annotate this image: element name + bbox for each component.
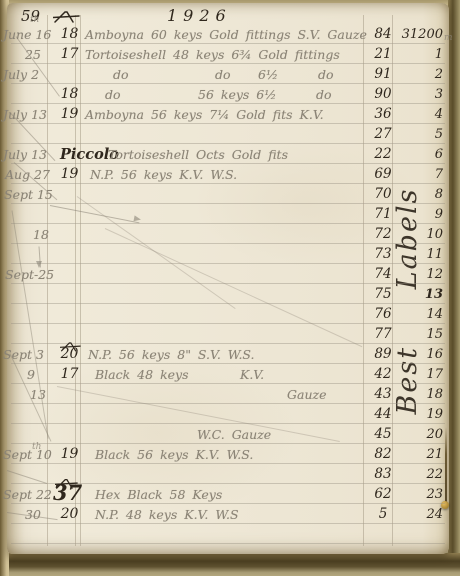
description-cell: W.C. Gauze [197, 426, 271, 443]
size-cell: 19 [56, 166, 83, 183]
ledger-row: June 1618Amboyna 60 keys Gold fittings S… [7, 26, 449, 43]
date-cell: 9 [27, 366, 35, 383]
ruled-line [11, 443, 445, 444]
serial-cell: 23 [401, 486, 449, 503]
units-cell: 90 [368, 86, 398, 103]
description-cell: N.P. 48 keys K.V. W.S [95, 506, 239, 523]
description-cell: do [316, 86, 332, 103]
units-cell: 42 [368, 366, 398, 383]
date-cell: Sept 10 [3, 446, 52, 463]
ledger-row: 187210 [7, 226, 449, 243]
serial-cell: 12 [401, 266, 449, 283]
date-cell: July 13 [3, 106, 47, 123]
units-cell: 69 [368, 166, 398, 183]
ledger-row: 7311 [7, 246, 449, 263]
units-cell: 43 [368, 386, 398, 403]
serial-cell: 16 [401, 346, 449, 363]
date-cell: June 16 [3, 26, 51, 43]
ruled-line [11, 123, 445, 124]
units-cell: 82 [368, 446, 398, 463]
ruled-line [11, 423, 445, 424]
ledger-row: 275 [7, 126, 449, 143]
ruled-line [11, 183, 445, 184]
units-cell: 83 [368, 466, 398, 483]
star-mark [53, 8, 80, 27]
units-cell: 27 [368, 126, 398, 143]
serial-cell: 14 [401, 306, 449, 323]
ruled-line [11, 143, 445, 144]
units-cell: 22 [368, 146, 398, 163]
ledger-photo: { "page": {"number": "59", "year": "1926… [0, 0, 460, 576]
ledger-row: Sept 15708 [7, 186, 449, 203]
units-cell: 21 [368, 46, 398, 63]
ledger-row: 917Black 48 keysK.V.4217 [7, 366, 449, 383]
date-cell: Sept-25 [5, 266, 54, 283]
description-cell: do [105, 86, 121, 103]
serial-cell: 8 [401, 186, 449, 203]
units-cell: 74 [368, 266, 398, 283]
description-cell: Gauze [287, 386, 326, 403]
description-cell: Amboyna 60 keys Gold fittings S.V. Gauze [85, 26, 367, 43]
serial-cell: 22 [401, 466, 449, 483]
ruled-line [11, 103, 445, 104]
pencil-note: th [32, 442, 41, 452]
ledger-row: 3020N.P. 48 keys K.V. W.S524 [7, 506, 449, 523]
description-cell: do [215, 66, 231, 83]
ruled-line [11, 363, 445, 364]
serial-cell: 21 [401, 446, 449, 463]
star-mark [55, 475, 78, 494]
date-cell: Sept 22 [3, 486, 52, 503]
year-heading: 1926 [167, 6, 232, 25]
description-cell: N.P. 56 keys K.V. W.S. [90, 166, 237, 183]
units-cell: 45 [368, 426, 398, 443]
ledger-row: Sept-257412 [7, 266, 449, 283]
units-cell: 36 [368, 106, 398, 123]
description-cell: Tortoiseshell 48 keys 6¾ Gold fittings [85, 46, 340, 63]
ledger-row: W.C. Gauze4520 [7, 426, 449, 443]
serial-cell: 4 [401, 106, 449, 123]
serial-cell: 13 [401, 286, 449, 303]
ruled-line [11, 263, 445, 264]
ruled-line [11, 523, 445, 524]
serial-cell: 11 [401, 246, 449, 263]
size-cell: 18 [56, 86, 83, 103]
pencil-stroke [12, 210, 49, 438]
serial-cell: 5 [401, 126, 449, 143]
size-cell: 17 [56, 366, 83, 383]
units-cell: 84 [368, 26, 398, 43]
description-cell: Black 56 keys K.V. W.S. [95, 446, 253, 463]
ruled-line [11, 203, 445, 204]
ledger-row: Aug 2719N.P. 56 keys K.V. W.S.697 [7, 166, 449, 183]
units-cell: 71 [368, 206, 398, 223]
units-cell: 44 [368, 406, 398, 423]
ledger-row: 18do56 keys 6½do903 [7, 86, 449, 103]
book-cover-bottom-edge [0, 553, 460, 576]
date-cell: 18 [33, 226, 49, 243]
ruled-line [11, 163, 445, 164]
units-cell: 5 [368, 506, 398, 523]
ruled-line [11, 543, 445, 544]
ledger-row: July 2dodo6½do912 [7, 66, 449, 83]
ruled-line [11, 463, 445, 464]
ruled-line [11, 403, 445, 404]
serial-cell: 31200 [401, 26, 449, 43]
pencil-note: m [444, 33, 453, 43]
date-cell: July 2 [3, 66, 39, 83]
ledger-row: July 1319Amboyna 56 keys 7¼ Gold fits K.… [7, 106, 449, 123]
description-cell: Hex Black 58 Keys [95, 486, 222, 503]
ruled-line [11, 383, 445, 384]
pencil-note: th [30, 15, 39, 25]
units-cell: 91 [368, 66, 398, 83]
units-cell: 72 [368, 226, 398, 243]
serial-cell: 9 [401, 206, 449, 223]
serial-cell: 17 [401, 366, 449, 383]
units-cell: 76 [368, 306, 398, 323]
serial-cell: 10 [401, 226, 449, 243]
ledger-page: 59 1926 Best Labels June 1618Amboyna 60 … [7, 3, 449, 554]
description-cell: Tortoiseshell Octs Gold fits [108, 146, 288, 163]
serial-cell: 24 [401, 506, 449, 523]
serial-cell: 20 [401, 426, 449, 443]
serial-cell: 6 [401, 146, 449, 163]
size-cell: 19 [56, 106, 83, 123]
description-cell: K.V. [240, 366, 264, 383]
serial-cell: 19 [401, 406, 449, 423]
arrowhead [36, 261, 42, 268]
description-cell: do [318, 66, 334, 83]
ruled-line [11, 323, 445, 324]
units-cell: 62 [368, 486, 398, 503]
description-cell: N.P. 56 keys 8" S.V. W.S. [88, 346, 255, 363]
ledger-row: 7614 [7, 306, 449, 323]
ledger-row: July 13PiccoloTortoiseshell Octs Gold fi… [7, 146, 449, 163]
serial-cell: 7 [401, 166, 449, 183]
units-cell: 89 [368, 346, 398, 363]
serial-cell: 15 [401, 326, 449, 343]
description-cell: do [113, 66, 129, 83]
units-cell: 70 [368, 186, 398, 203]
book-cover-right-edge [448, 0, 460, 576]
units-cell: 73 [368, 246, 398, 263]
serial-cell: 2 [401, 66, 449, 83]
ruled-line [11, 63, 445, 64]
size-cell: 20 [56, 506, 83, 523]
arrowhead [133, 215, 141, 222]
star-mark [60, 338, 81, 357]
size-cell: 19 [56, 446, 83, 463]
ruled-line [11, 243, 445, 244]
serial-cell: 1 [401, 46, 449, 63]
units-cell: 75 [368, 286, 398, 303]
description-cell: 6½ [258, 66, 278, 83]
description-cell: Black 48 keys [95, 366, 189, 383]
ledger-row: 2517Tortoiseshell 48 keys 6¾ Gold fittin… [7, 46, 449, 63]
serial-cell: 3 [401, 86, 449, 103]
date-cell: July 13 [3, 146, 47, 163]
ledger-row: 7513 [7, 286, 449, 303]
description-cell: Amboyna 56 keys 7¼ Gold fits K.V. [85, 106, 324, 123]
serial-cell: 18 [401, 386, 449, 403]
description-cell: 56 keys 6½ [198, 86, 276, 103]
ruled-line [11, 43, 445, 44]
size-cell: 17 [56, 46, 83, 63]
units-cell: 77 [368, 326, 398, 343]
ruled-line [11, 83, 445, 84]
size-cell: 18 [56, 26, 83, 43]
ledger-row: Sept 1019Black 56 keys K.V. W.S.8221 [7, 446, 449, 463]
ruled-line [11, 223, 445, 224]
